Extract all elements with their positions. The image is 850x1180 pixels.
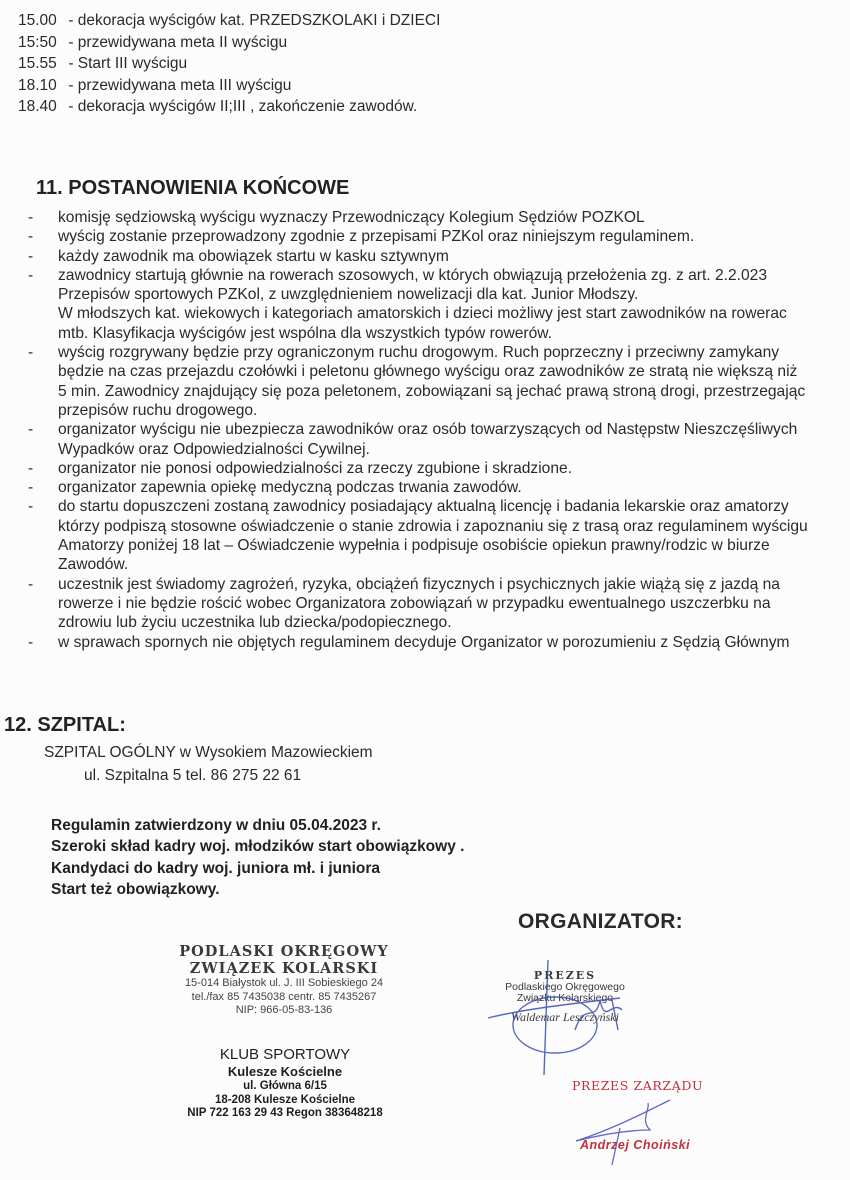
rule-line: organizator nie ponosi odpowiedzialności…	[58, 459, 850, 478]
pozk-stamp: PODLASKI OKRĘGOWY ZWIĄZEK KOLARSKI 15-01…	[174, 943, 394, 1018]
schedule-time: 15:50	[18, 32, 64, 53]
bullet-dash: -	[28, 266, 33, 285]
rules-list: -komisję sędziowską wyścigu wyznaczy Prz…	[28, 208, 850, 652]
rule-item: -wyścig zostanie przeprowadzony zgodnie …	[28, 227, 850, 246]
schedule-text: - dekoracja wyścigów kat. PRZEDSZKOLAKI …	[68, 12, 440, 29]
bullet-dash: -	[28, 227, 33, 246]
rule-item: -organizator zapewnia opiekę medyczną po…	[28, 478, 850, 497]
rule-line: zdrowiu lub życiu uczestnika lub dziecka…	[58, 613, 850, 632]
stamp-address: 15-014 Białystok ul. J. III Sobieskiego …	[174, 977, 394, 991]
note-line: Start też obowiązkowy.	[51, 879, 464, 900]
stamp-street: ul. Główna 6/15	[175, 1080, 395, 1094]
stamp-phone: tel./fax 85 7435038 centr. 85 7435267	[174, 991, 394, 1005]
rule-item: -uczestnik jest świadomy zagrożeń, ryzyk…	[28, 575, 850, 633]
hospital-name: SZPITAL OGÓLNY w Wysokiem Mazowieckiem	[44, 744, 373, 762]
rule-line: Przepisów sportowych PZKol, z uwzględnie…	[58, 285, 850, 304]
approval-notes: Regulamin zatwierdzony w dniu 05.04.2023…	[51, 815, 464, 900]
rule-item: -każdy zawodnik ma obowiązek startu w ka…	[28, 247, 850, 266]
rule-line: Wypadków oraz Odpowiedzialności Cywilnej…	[58, 440, 850, 459]
rule-line: każdy zawodnik ma obowiązek startu w kas…	[58, 247, 850, 266]
section-12-heading: 12. SZPITAL:	[4, 714, 126, 737]
rule-line: którzy podpiszą stosowne oświadczenie o …	[58, 517, 850, 536]
rule-item: -wyścig rozgrywany będzie przy ograniczo…	[28, 343, 850, 420]
stamp-ids: NIP 722 163 29 43 Regon 383648218	[175, 1107, 395, 1121]
rule-line: uczestnik jest świadomy zagrożeń, ryzyka…	[58, 575, 850, 594]
schedule-item: 18.40 - dekoracja wyścigów II;III , zako…	[18, 96, 440, 118]
rule-line: zawodnicy startują głównie na rowerach s…	[58, 266, 850, 285]
rule-line: wyścig rozgrywany będzie przy ograniczon…	[58, 343, 850, 362]
rule-line: rowerze i nie będzie rościć wobec Organi…	[58, 594, 850, 613]
rule-line: do startu dopuszczeni zostaną zawodnicy …	[58, 497, 850, 516]
stamp-name: KLUB SPORTOWY	[175, 1046, 395, 1064]
schedule-time: 18.40	[18, 96, 64, 117]
club-stamp: KLUB SPORTOWY Kulesze Kościelne ul. Głów…	[175, 1046, 395, 1121]
rule-line: Zawodów.	[58, 555, 850, 574]
bullet-dash: -	[28, 343, 33, 362]
rule-line: będzie na czas przejazdu czołówki i pele…	[58, 362, 850, 381]
signature-club-icon	[576, 1100, 670, 1165]
rule-item: -organizator wyścigu nie ubezpiecza zawo…	[28, 420, 850, 459]
rule-line: organizator wyścigu nie ubezpiecza zawod…	[58, 420, 850, 439]
rule-line: komisję sędziowską wyścigu wyznaczy Prze…	[58, 208, 850, 227]
stamp-city: Kulesze Kościelne	[175, 1064, 395, 1080]
club-president-title: PREZES ZARZĄDU	[572, 1078, 703, 1093]
stamp-postal: 18-208 Kulesze Kościelne	[175, 1094, 395, 1108]
bullet-dash: -	[28, 420, 33, 439]
rule-line: wyścig zostanie przeprowadzony zgodnie z…	[58, 227, 850, 246]
hospital-address: ul. Szpitalna 5 tel. 86 275 22 61	[84, 767, 301, 785]
schedule-list: 15.00 - dekoracja wyścigów kat. PRZEDSZK…	[18, 10, 440, 118]
note-line: Szeroki skład kadry woj. młodzików start…	[51, 836, 464, 857]
bullet-dash: -	[28, 459, 33, 478]
note-line: Kandydaci do kadry woj. juniora mł. i ju…	[51, 858, 464, 879]
bullet-dash: -	[28, 633, 33, 652]
stamp-nip: NIP: 966-05-83-136	[174, 1004, 394, 1018]
stamp-name: PODLASKI OKRĘGOWY	[174, 943, 394, 960]
signature-name: Waldemar Leszczyński	[490, 1010, 640, 1025]
pozk-president-stamp: PREZES Podlaskiego Okręgowego Związku Ko…	[490, 970, 640, 1025]
rule-item: -organizator nie ponosi odpowiedzialnośc…	[28, 459, 850, 478]
bullet-dash: -	[28, 478, 33, 497]
rule-line: 5 min. Zawodnicy znajdujący się poza pel…	[58, 382, 850, 401]
rule-line: organizator zapewnia opiekę medyczną pod…	[58, 478, 850, 497]
section-11-heading: 11. POSTANOWIENIA KOŃCOWE	[36, 177, 349, 200]
schedule-text: - przewidywana meta II wyścigu	[68, 34, 287, 51]
club-president-name: Andrzej Choiński	[580, 1138, 690, 1152]
rule-line: mtb. Klasyfikacja wyścigów jest wspólna …	[58, 324, 850, 343]
stamp-name: ZWIĄZEK KOLARSKI	[174, 960, 394, 977]
signature-org: Związku Kolarskiego	[490, 993, 640, 1004]
bullet-dash: -	[28, 247, 33, 266]
schedule-text: - przewidywana meta III wyścigu	[68, 77, 291, 94]
rule-line: w sprawach spornych nie objętych regulam…	[58, 633, 850, 652]
rule-item: -zawodnicy startują głównie na rowerach …	[28, 266, 850, 343]
note-line: Regulamin zatwierdzony w dniu 05.04.2023…	[51, 815, 464, 836]
schedule-item: 15.55 - Start III wyścigu	[18, 53, 440, 75]
schedule-item: 15.00 - dekoracja wyścigów kat. PRZEDSZK…	[18, 10, 440, 32]
schedule-time: 15.55	[18, 53, 64, 74]
schedule-item: 15:50 - przewidywana meta II wyścigu	[18, 32, 440, 54]
rule-item: -w sprawach spornych nie objętych regula…	[28, 633, 850, 652]
rule-line: przepisów ruchu drogowego.	[58, 401, 850, 420]
rule-line: Amatorzy poniżej 18 lat – Oświadczenie w…	[58, 536, 850, 555]
schedule-time: 15.00	[18, 10, 64, 31]
bullet-dash: -	[28, 575, 33, 594]
bullet-dash: -	[28, 497, 33, 516]
rule-item: -do startu dopuszczeni zostaną zawodnicy…	[28, 497, 850, 574]
organizer-heading: ORGANIZATOR:	[518, 910, 683, 934]
rule-line: W młodszych kat. wiekowych i kategoriach…	[58, 304, 850, 323]
schedule-time: 18.10	[18, 75, 64, 96]
bullet-dash: -	[28, 208, 33, 227]
schedule-text: - Start III wyścigu	[68, 55, 187, 72]
schedule-text: - dekoracja wyścigów II;III , zakończeni…	[68, 98, 417, 115]
rule-item: -komisję sędziowską wyścigu wyznaczy Prz…	[28, 208, 850, 227]
schedule-item: 18.10 - przewidywana meta III wyścigu	[18, 75, 440, 97]
